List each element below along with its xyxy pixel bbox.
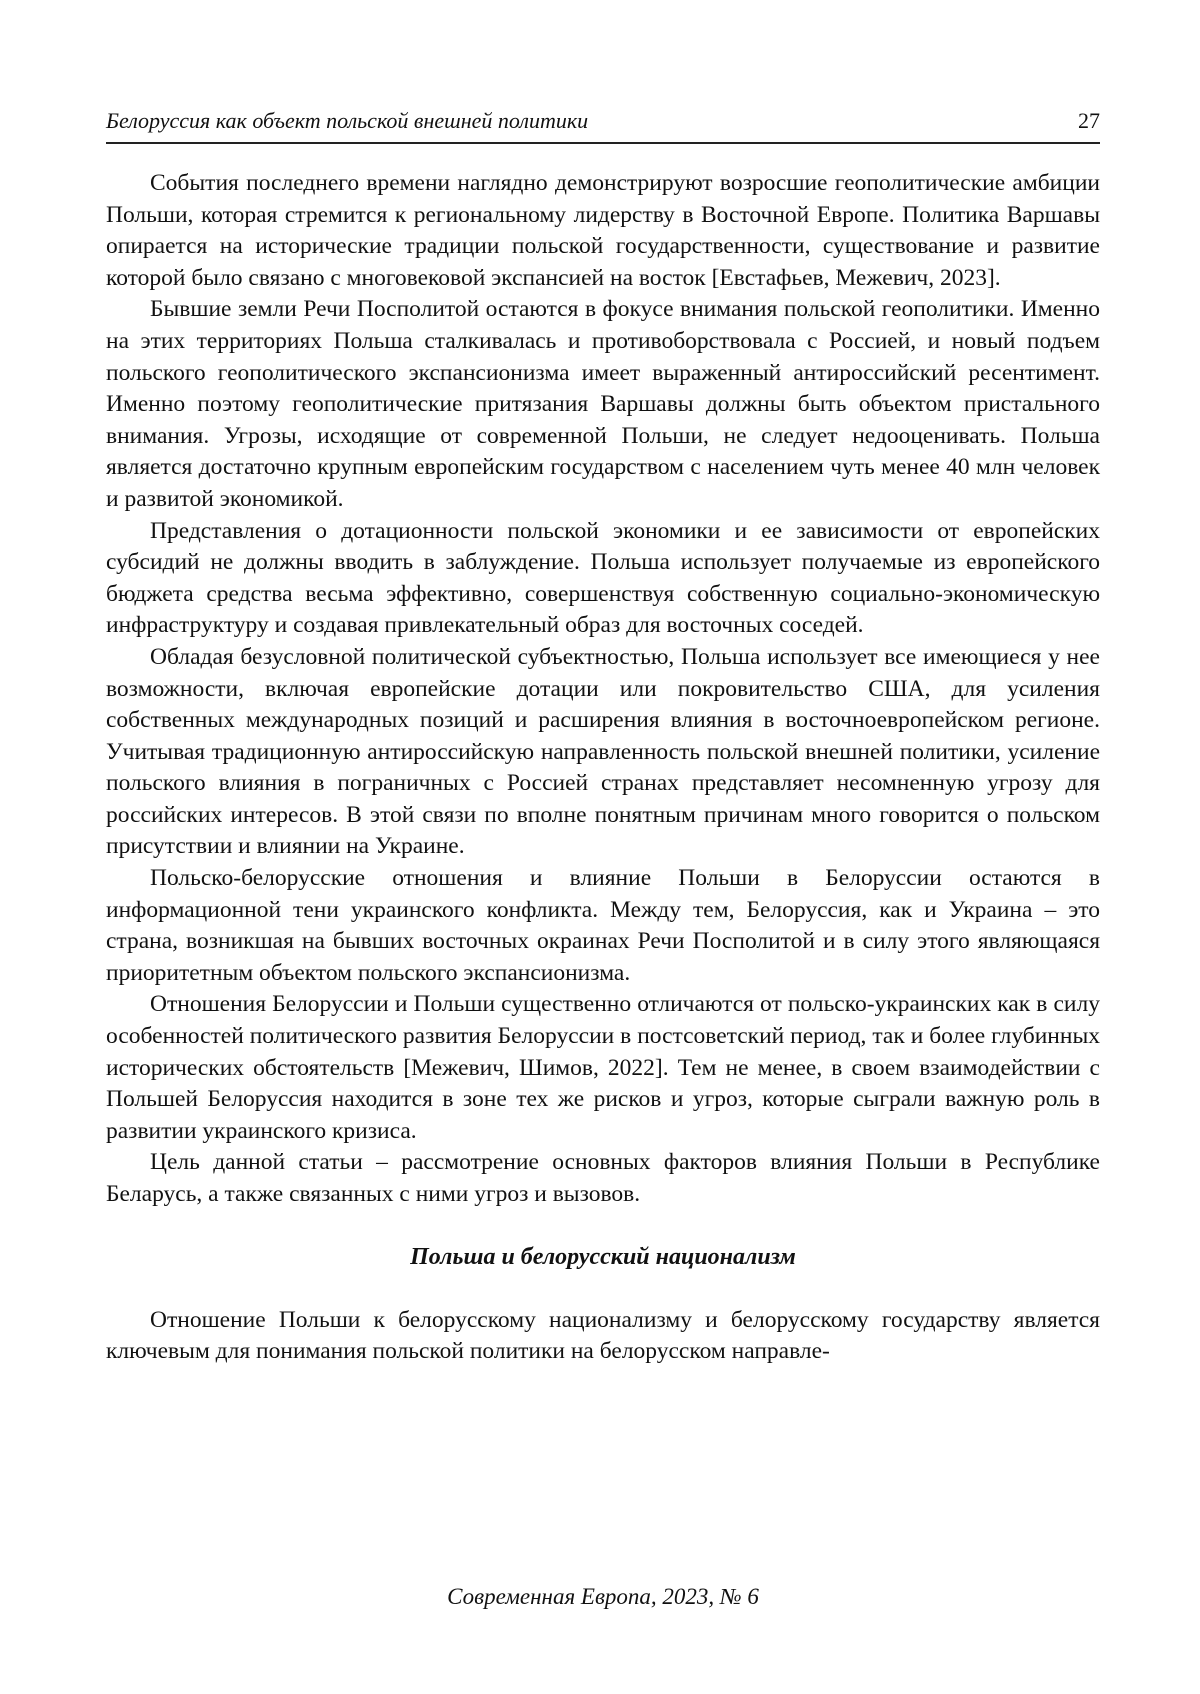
paragraph: События последнего времени наглядно демо…	[106, 168, 1100, 294]
paragraph: Польско-белорусские отношения и влияние …	[106, 863, 1100, 989]
paragraph: Представления о дотационности польской э…	[106, 516, 1100, 642]
running-header: Белоруссия как объект польской внешней п…	[106, 104, 1100, 138]
page-number: 27	[1078, 104, 1100, 138]
journal-footer: Современная Европа, 2023, № 6	[106, 1582, 1100, 1612]
running-title: Белоруссия как объект польской внешней п…	[106, 104, 588, 138]
paragraph: Бывшие земли Речи Посполитой остаются в …	[106, 294, 1100, 515]
paragraph: Цель данной статьи – рассмотрение основн…	[106, 1147, 1100, 1210]
paragraph: Отношения Белоруссии и Польши существенн…	[106, 989, 1100, 1147]
paragraph: Обладая безусловной политической субъект…	[106, 642, 1100, 863]
paragraph: Отношение Польши к белорусскому национал…	[106, 1305, 1100, 1368]
article-body: События последнего времени наглядно демо…	[106, 168, 1100, 1368]
section-heading: Польша и белорусский национализм	[106, 1241, 1100, 1273]
header-rule	[106, 142, 1100, 144]
